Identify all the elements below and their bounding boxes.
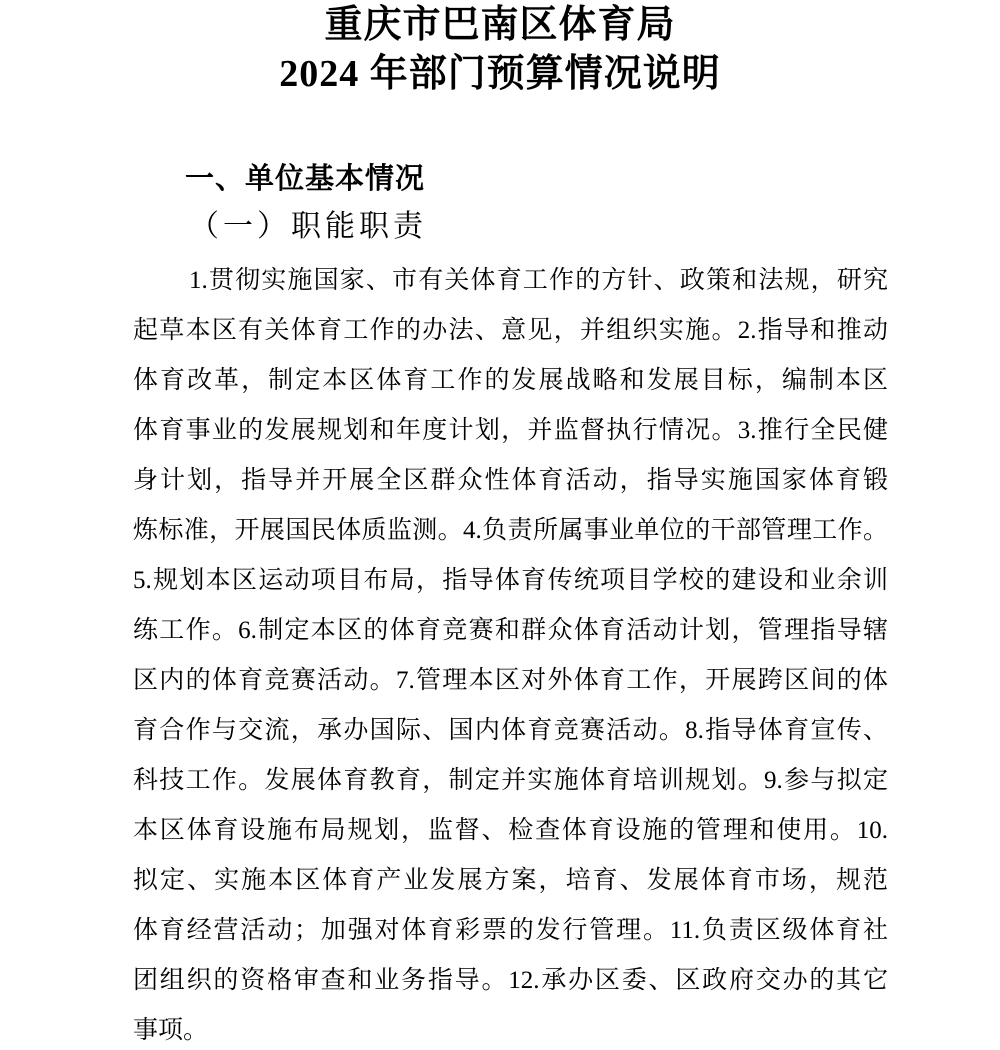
paragraph-line: 本区体育设施布局规划，监督、检查体育设施的管理和使用。10. (133, 806, 888, 856)
paragraph-line: 科技工作。发展体育教育，制定并实施体育培训规划。9.参与拟定 (133, 756, 888, 806)
paragraph-line: 育合作与交流，承办国际、国内体育竞赛活动。8.指导体育宣传、 (133, 706, 888, 756)
paragraph-line: 拟定、实施本区体育产业发展方案，培育、发展体育市场，规范 (133, 856, 888, 906)
document-body: 一、单位基本情况 （一）职能职责 1.贯彻实施国家、市有关体育工作的方针、政策和… (0, 163, 1000, 1050)
paragraph-line: 团组织的资格审查和业务指导。12.承办区委、区政府交办的其它 (133, 956, 888, 1006)
paragraph-line: 练工作。6.制定本区的体育竞赛和群众体育活动计划，管理指导辖 (133, 606, 888, 656)
paragraph-line: 体育事业的发展规划和年度计划，并监督执行情况。3.推行全民健 (133, 406, 888, 456)
paragraph-line: 体育经营活动；加强对体育彩票的发行管理。11.负责区级体育社 (133, 906, 888, 956)
paragraph-line: 体育改革，制定本区体育工作的发展战略和发展目标，编制本区 (133, 356, 888, 406)
paragraph-line: 事项。 (133, 1006, 888, 1050)
functions-paragraph: 1.贯彻实施国家、市有关体育工作的方针、政策和法规，研究起草本区有关体育工作的办… (133, 256, 888, 1050)
paragraph-line: 炼标准，开展国民体质监测。4.负责所属事业单位的干部管理工作。 (133, 506, 888, 556)
document-title-line2: 2024 年部门预算情况说明 (0, 50, 1000, 99)
paragraph-line: 1.贯彻实施国家、市有关体育工作的方针、政策和法规，研究 (133, 256, 888, 306)
document-title-line1: 重庆市巴南区体育局 (0, 1, 1000, 50)
paragraph-line: 起草本区有关体育工作的办法、意见，并组织实施。2.指导和推动 (133, 306, 888, 356)
subsection-heading: （一）职能职责 (133, 209, 888, 245)
paragraph-line: 区内的体育竞赛活动。7.管理本区对外体育工作，开展跨区间的体 (133, 656, 888, 706)
document-header: 重庆市巴南区体育局 2024 年部门预算情况说明 (0, 0, 1000, 99)
section-heading: 一、单位基本情况 (133, 163, 888, 196)
paragraph-line: 5.规划本区运动项目布局，指导体育传统项目学校的建设和业余训 (133, 556, 888, 606)
document-page: 重庆市巴南区体育局 2024 年部门预算情况说明 一、单位基本情况 （一）职能职… (0, 0, 1000, 1050)
paragraph-line: 身计划，指导并开展全区群众性体育活动，指导实施国家体育锻 (133, 456, 888, 506)
